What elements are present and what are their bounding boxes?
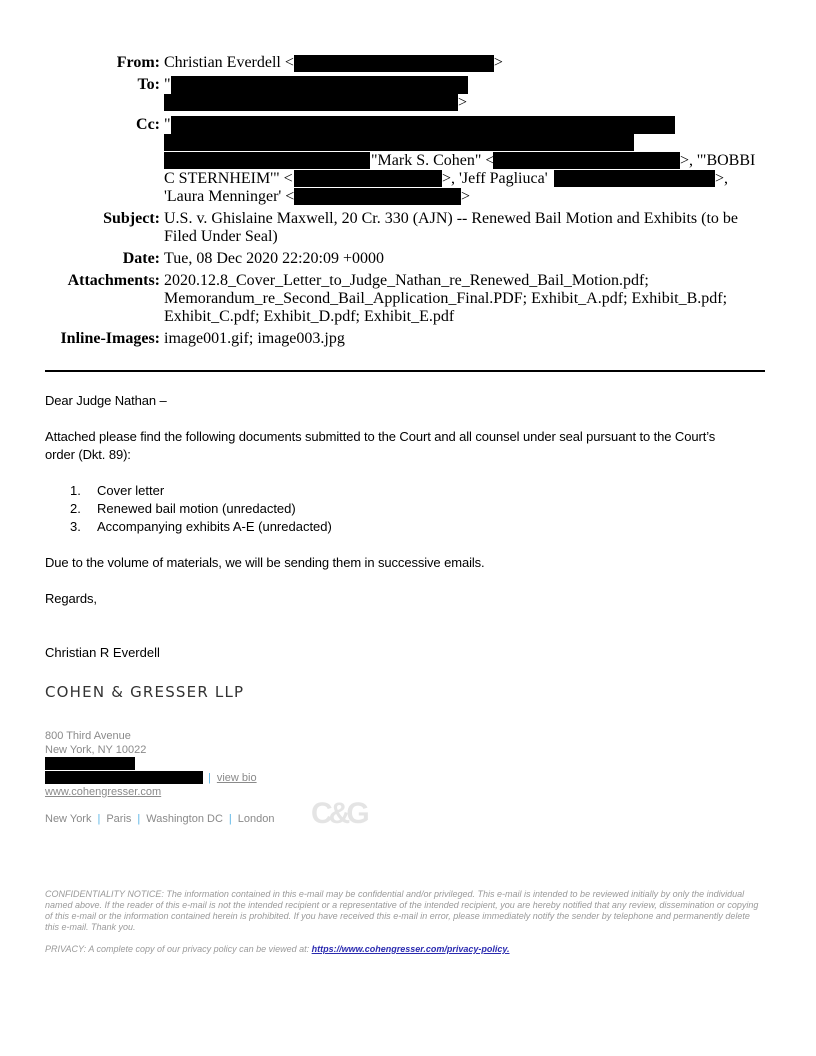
office: Paris — [106, 813, 131, 825]
view-bio-link[interactable]: view bio — [217, 772, 257, 784]
paragraph-2: Due to the volume of materials, we will … — [45, 554, 485, 572]
to-label: To: — [0, 76, 160, 94]
list-number: 3. — [70, 518, 81, 536]
redaction-block — [164, 134, 634, 151]
offices-row: New York|Paris|Washington DC|London — [45, 812, 274, 826]
separator: | — [208, 772, 217, 784]
subject-line-1: U.S. v. Ghislaine Maxwell, 20 Cr. 330 (A… — [164, 210, 738, 228]
office: London — [238, 813, 275, 825]
date-value: Tue, 08 Dec 2020 22:20:09 +0000 — [164, 250, 384, 268]
inline-images-value: image001.gif; image003.jpg — [164, 330, 345, 348]
cg-logo-icon: C&G — [311, 797, 366, 831]
paragraph-1-line-2: order (Dkt. 89): — [45, 446, 131, 464]
redaction-block — [45, 757, 135, 770]
privacy-prefix: PRIVACY: A complete copy of our privacy … — [45, 944, 312, 954]
cc-pagliuca: >, 'Jeff Pagliuca' — [442, 170, 548, 188]
inline-images-label: Inline-Images: — [0, 330, 160, 348]
cc-open: " — [164, 116, 171, 134]
cc-label: Cc: — [0, 116, 160, 134]
list-number: 2. — [70, 500, 81, 518]
redaction-block — [164, 152, 370, 169]
closing: Regards, — [45, 590, 97, 608]
redaction-block — [554, 170, 715, 187]
separator: | — [223, 813, 238, 825]
cc-menninger: 'Laura Menninger' < — [164, 188, 294, 206]
attachment-line[interactable]: 2020.12.8_Cover_Letter_to_Judge_Nathan_r… — [164, 272, 649, 290]
attachment-line[interactable]: Exhibit_C.pdf; Exhibit_D.pdf; Exhibit_E.… — [164, 308, 454, 326]
privacy-policy-link[interactable]: https://www.cohengresser.com/privacy-pol… — [312, 944, 510, 954]
list-item: Cover letter — [97, 482, 164, 500]
redaction-block — [164, 94, 458, 111]
greeting: Dear Judge Nathan – — [45, 392, 167, 410]
from-close: > — [494, 54, 503, 71]
redaction-block — [171, 116, 675, 134]
cc-sternheim: C STERNHEIM'" < — [164, 170, 293, 188]
subject-line-2: Filed Under Seal) — [164, 228, 278, 246]
cc-mark-cohen: "Mark S. Cohen" < — [371, 152, 494, 170]
redaction-block — [493, 152, 680, 169]
privacy-notice: PRIVACY: A complete copy of our privacy … — [45, 944, 765, 955]
bio-row: |view bio — [208, 771, 257, 785]
paragraph-1-line-1: Attached please find the following docum… — [45, 428, 715, 446]
separator: | — [131, 813, 146, 825]
redaction-block — [45, 771, 203, 784]
redaction-block — [171, 76, 468, 94]
cc-line4-tail: >, — [715, 170, 728, 188]
redaction-block — [294, 55, 494, 72]
list-number: 1. — [70, 482, 81, 500]
to-close: > — [458, 94, 467, 112]
from-name: Christian Everdell < — [164, 54, 294, 71]
attachment-line[interactable]: Memorandum_re_Second_Bail_Application_Fi… — [164, 290, 727, 308]
header-divider — [45, 370, 765, 372]
redaction-block — [294, 170, 442, 187]
separator: | — [91, 813, 106, 825]
cc-bobbi: >, '"BOBBI — [680, 152, 755, 170]
list-item: Accompanying exhibits A-E (unredacted) — [97, 518, 332, 536]
address-line-2: New York, NY 10022 — [45, 743, 146, 757]
website-row: www.cohengresser.com — [45, 785, 161, 799]
redaction-block — [294, 188, 461, 205]
office: New York — [45, 813, 91, 825]
attachments-label: Attachments: — [0, 272, 160, 290]
subject-label: Subject: — [0, 210, 160, 228]
cc-line5-tail: > — [461, 188, 470, 206]
office: Washington DC — [146, 813, 223, 825]
from-label: From: — [0, 54, 160, 72]
confidentiality-notice: CONFIDENTIALITY NOTICE: The information … — [45, 889, 765, 933]
website-link[interactable]: www.cohengresser.com — [45, 786, 161, 798]
address-line-1: 800 Third Avenue — [45, 729, 131, 743]
date-label: Date: — [0, 250, 160, 268]
signature-name: Christian R Everdell — [45, 645, 160, 660]
firm-name: COHEN & GRESSER LLP — [45, 683, 244, 701]
to-open: " — [164, 76, 171, 94]
list-item: Renewed bail motion (unredacted) — [97, 500, 296, 518]
